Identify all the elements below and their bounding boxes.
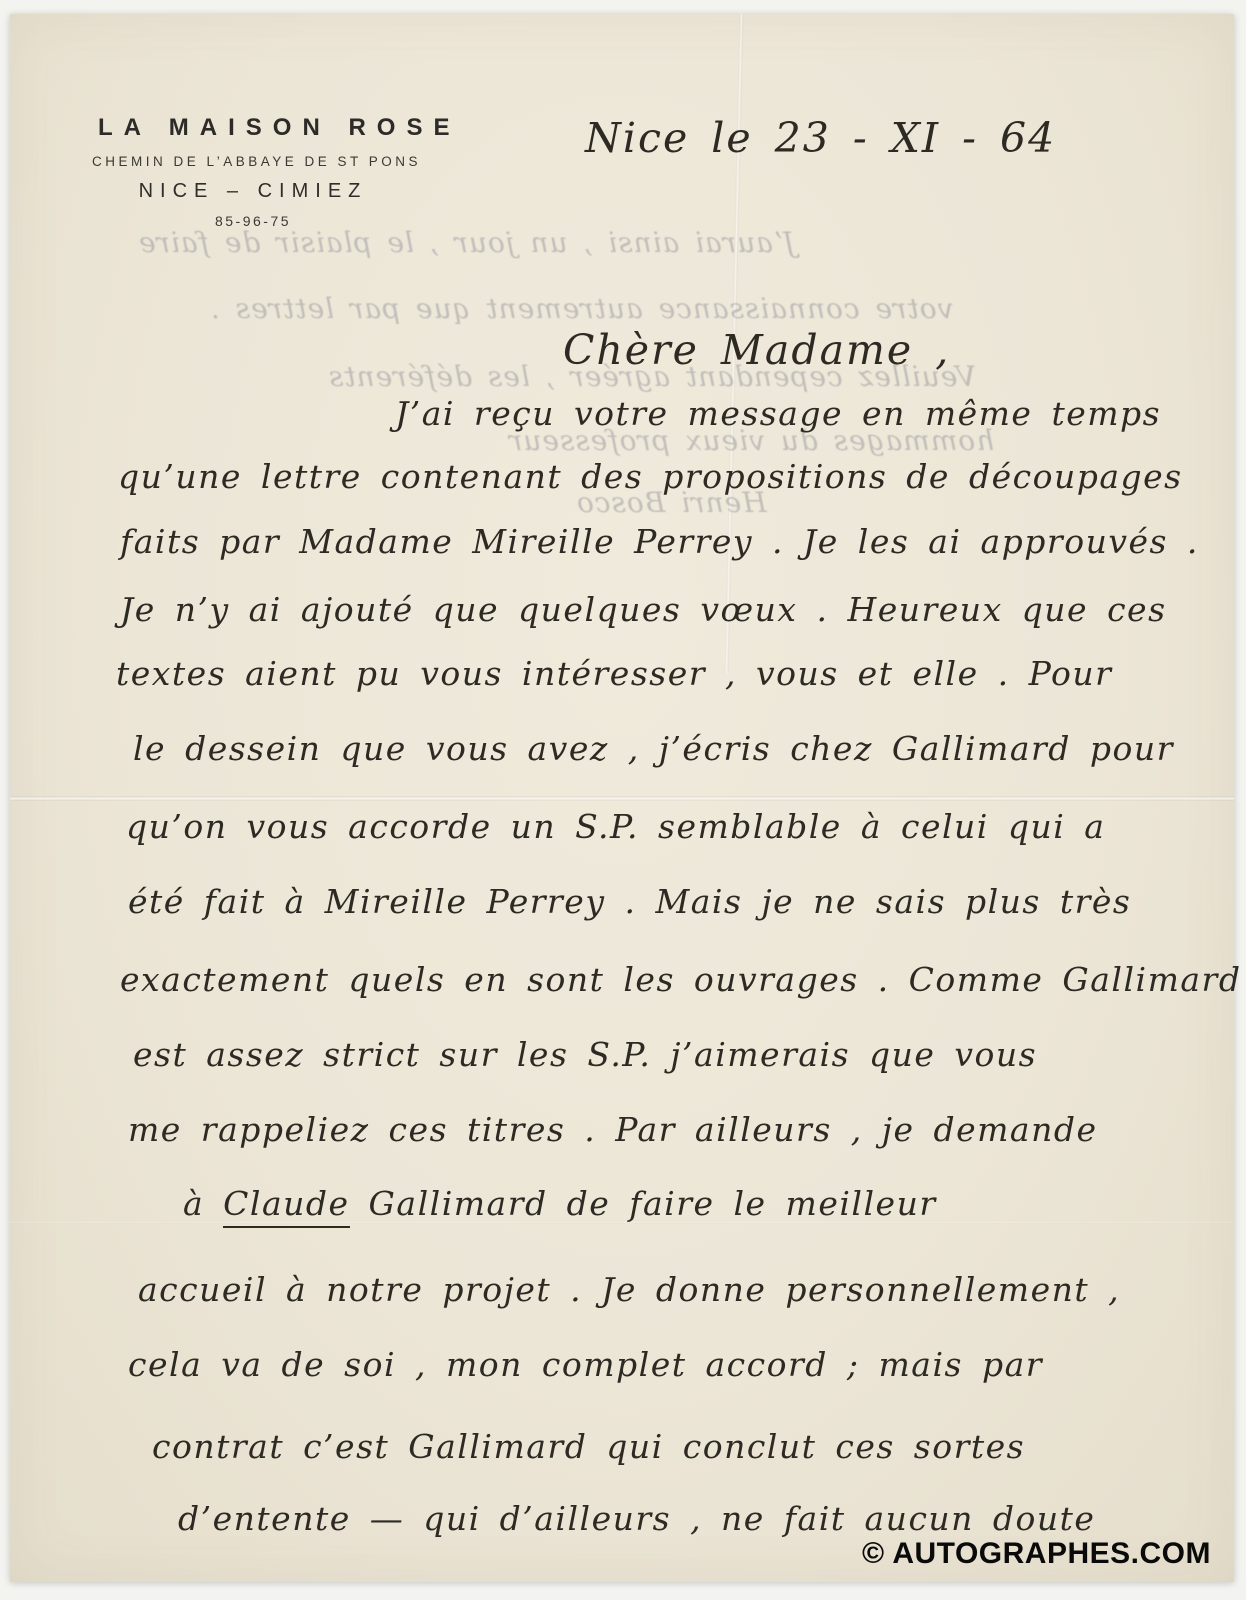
letterhead-name: LA MAISON ROSE bbox=[98, 114, 414, 142]
scanned-letter: J’aurai ainsi , un jour , le plaisir de … bbox=[0, 0, 1246, 1600]
body-line: J’ai reçu votre message en même temps bbox=[395, 394, 1161, 433]
body-line: d’entente — qui d’ailleurs , ne fait auc… bbox=[178, 1499, 1095, 1538]
body-line: exactement quels en sont les ouvrages . … bbox=[120, 960, 1241, 999]
body-line: textes aient pu vous intéresser , vous e… bbox=[116, 654, 1112, 693]
letterhead-address: CHEMIN DE L’ABBAYE DE ST PONS bbox=[92, 154, 414, 169]
salutation: Chère Madame , bbox=[563, 326, 950, 374]
body-line: cela va de soi , mon complet accord ; ma… bbox=[128, 1345, 1043, 1384]
horizontal-fold-crease bbox=[10, 796, 1234, 801]
body-line-claude: à Claude Gallimard de faire le meilleur bbox=[183, 1184, 937, 1223]
body-line: contrat c’est Gallimard qui conclut ces … bbox=[152, 1427, 1025, 1466]
body-line: qu’on vous accorde un S.P. semblable à c… bbox=[126, 807, 1105, 846]
claude-post: Gallimard de faire le meilleur bbox=[350, 1184, 937, 1223]
claude-pre: à bbox=[183, 1184, 223, 1223]
letterhead: LA MAISON ROSE CHEMIN DE L’ABBAYE DE ST … bbox=[92, 114, 414, 229]
dateline: Nice le 23 - XI - 64 bbox=[585, 114, 1056, 162]
body-line: qu’une lettre contenant des propositions… bbox=[118, 457, 1183, 496]
body-line: accueil à notre projet . Je donne person… bbox=[138, 1270, 1120, 1309]
letter-paper: J’aurai ainsi , un jour , le plaisir de … bbox=[10, 14, 1234, 1582]
body-line: Je n’y ai ajouté que quelques vœux . Heu… bbox=[120, 590, 1167, 629]
autographes-watermark: © AUTOGRAPHES.COM bbox=[862, 1537, 1211, 1571]
body-line: été fait à Mireille Perrey . Mais je ne … bbox=[128, 882, 1131, 921]
letterhead-city: NICE – CIMIEZ bbox=[92, 180, 414, 203]
bleedthrough-line: votre connaissance autrement que par let… bbox=[210, 292, 953, 325]
body-line: me rappeliez ces titres . Par ailleurs ,… bbox=[128, 1110, 1098, 1149]
body-line: faits par Madame Mireille Perrey . Je le… bbox=[120, 522, 1199, 561]
claude-underlined: Claude bbox=[223, 1184, 349, 1228]
body-line: le dessein que vous avez , j’écris chez … bbox=[133, 729, 1174, 768]
letterhead-phone: 85-96-75 bbox=[92, 213, 414, 229]
body-line: est assez strict sur les S.P. j’aimerais… bbox=[133, 1035, 1037, 1074]
bleedthrough-line: J’aurai ainsi , un jour , le plaisir de … bbox=[138, 226, 795, 259]
